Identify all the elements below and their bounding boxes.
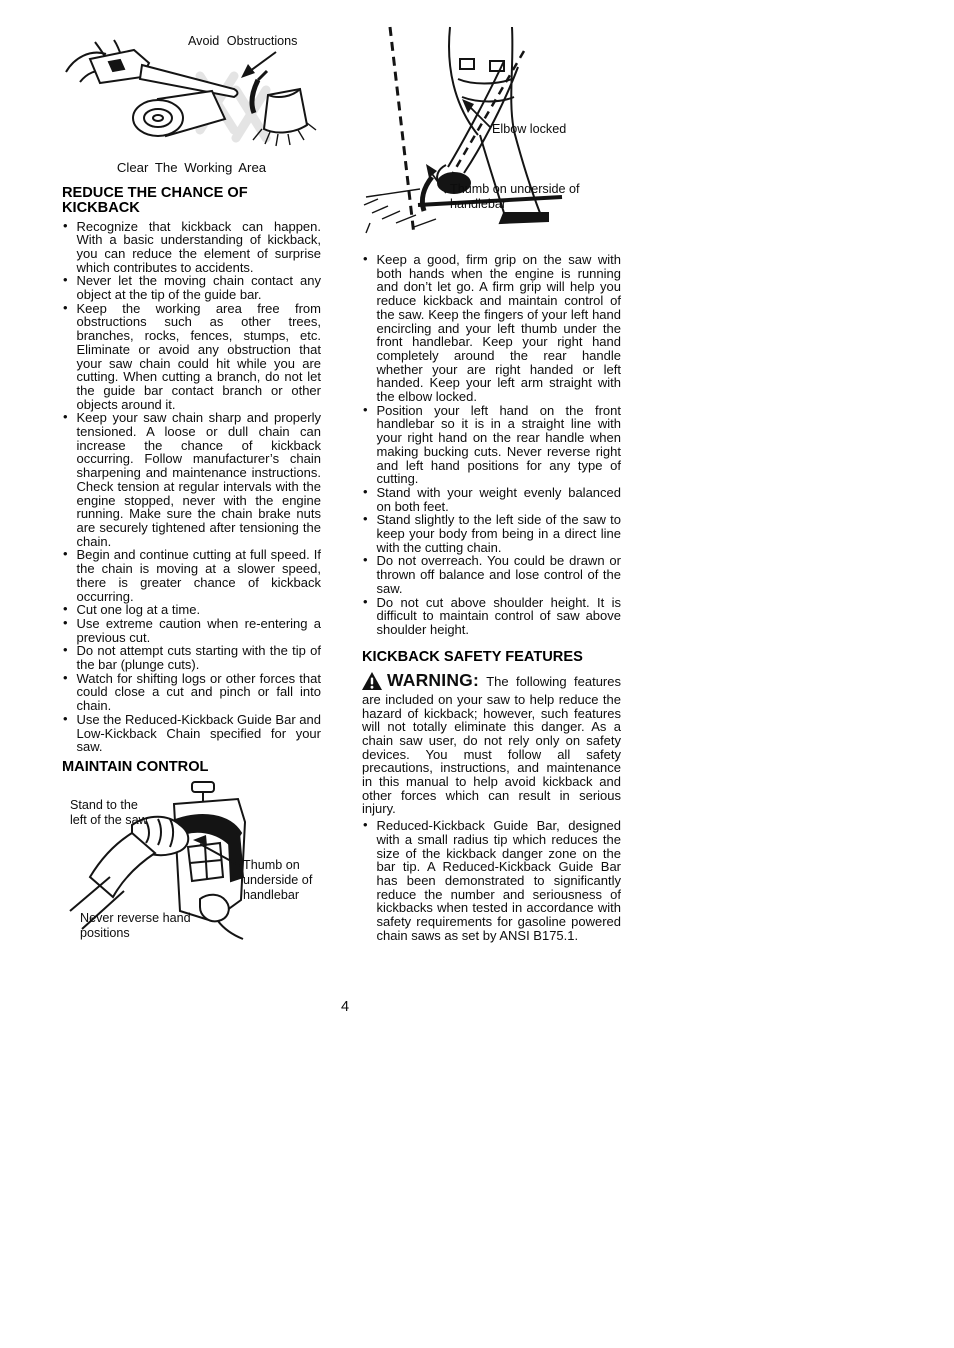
- list-item: Recognize that kickback can happen. With…: [62, 220, 321, 275]
- chainsaw-log-stump-illustration: [62, 32, 321, 154]
- list-item: Keep a good, firm grip on the saw with b…: [362, 253, 621, 404]
- list-item: Do not attempt cuts starting with the ti…: [62, 644, 321, 671]
- list-item: Do not cut above shoulder height. It is …: [362, 596, 621, 637]
- list-item: Stand slightly to the left side of the s…: [362, 513, 621, 554]
- list-item: Position your left hand on the front han…: [362, 404, 621, 486]
- list-item: Use extreme caution when re-entering a p…: [62, 617, 321, 644]
- reduce-kickback-list: Recognize that kickback can happen. With…: [62, 220, 321, 754]
- warning-icon: [362, 672, 382, 693]
- list-item: Cut one log at a time.: [62, 603, 321, 617]
- stand-left-label: Stand to the left of the saw: [70, 798, 154, 827]
- clear-working-area-caption: Clear The Working Area: [62, 161, 321, 175]
- elbow-locked-label: Elbow locked: [492, 122, 566, 137]
- warning-text: The following features are included on y…: [362, 674, 621, 816]
- list-item: Stand with your weight evenly balanced o…: [362, 486, 621, 513]
- list-item: Keep your saw chain sharp and properly t…: [62, 411, 321, 548]
- left-column: Avoid Obstructions Clear The Working Are…: [62, 30, 321, 950]
- list-item: Watch for shifting logs or other forces …: [62, 672, 321, 713]
- warning-paragraph: WARNING: The following features are incl…: [362, 672, 621, 816]
- never-reverse-label: Never reverse hand positions: [80, 911, 192, 940]
- list-item: Do not overreach. You could be drawn or …: [362, 554, 621, 595]
- thumb-underside-label-2: Thumb on underside of handlebar: [450, 182, 592, 211]
- list-item: Reduced-Kickback Guide Bar, designed wit…: [362, 819, 621, 942]
- manual-page: Avoid Obstructions Clear The Working Are…: [0, 0, 954, 1348]
- elbow-locked-arrow: [462, 99, 490, 127]
- features-list: Reduced-Kickback Guide Bar, designed wit…: [362, 819, 621, 942]
- list-item: Begin and continue cutting at full speed…: [62, 548, 321, 603]
- warning-label: WARNING:: [387, 670, 479, 690]
- grip-closeup-figure: Stand to the left of the saw Thumb on un…: [62, 780, 321, 950]
- list-item: Use the Reduced-Kickback Guide Bar and L…: [62, 713, 321, 754]
- kickback-features-heading: KICKBACK SAFETY FEATURES: [362, 650, 621, 665]
- list-item: Keep the working area free from obstruct…: [62, 302, 321, 412]
- thumb-underside-label: Thumb on underside of handlebar: [243, 858, 333, 902]
- avoid-obstructions-arrow: [241, 52, 276, 78]
- reduce-kickback-heading: REDUCE THE CHANCE OF KICKBACK: [62, 186, 321, 217]
- list-item: Never let the moving chain contact any o…: [62, 274, 321, 301]
- page-number: 4: [330, 999, 360, 1015]
- elbow-locked-figure: Elbow locked Thumb on underside of handl…: [362, 25, 621, 243]
- maintain-control-heading: MAINTAIN CONTROL: [62, 760, 321, 775]
- avoid-obstructions-label: Avoid Obstructions: [188, 34, 297, 49]
- clear-working-area-figure: Avoid Obstructions: [62, 32, 321, 154]
- grip-list: Keep a good, firm grip on the saw with b…: [362, 253, 621, 637]
- right-column: Elbow locked Thumb on underside of handl…: [362, 25, 621, 942]
